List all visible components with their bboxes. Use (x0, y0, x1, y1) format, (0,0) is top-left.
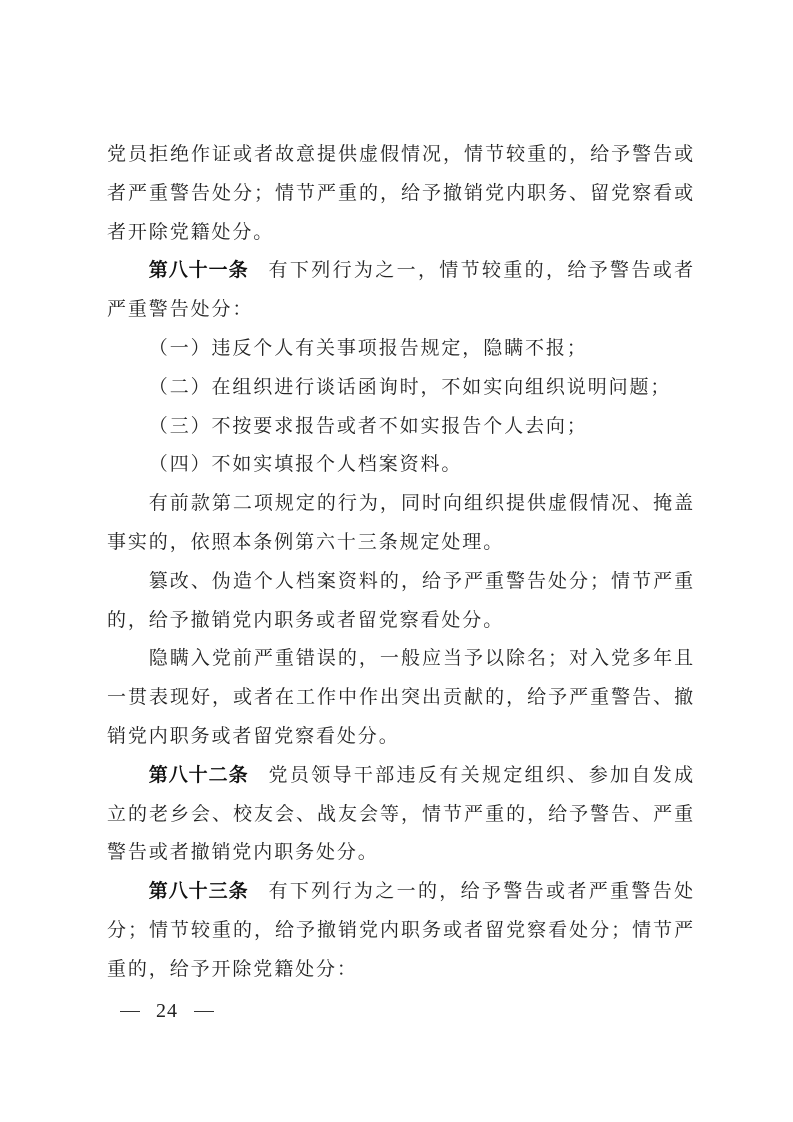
article-83: 第八十三条有下列行为之一的，给予警告或者严重警告处分；情节较重的，给予撤销党内职… (107, 872, 695, 988)
paragraph-forged-records: 篡改、伪造个人档案资料的，给予严重警告处分；情节严重的，给予撤销党内职务或者留党… (107, 562, 695, 640)
list-item-3: （三）不按要求报告或者不如实报告个人去向； (107, 407, 695, 446)
article-label: 第八十二条 (149, 764, 249, 786)
page-number-dash-left (120, 1011, 140, 1012)
paragraph-concealed-errors: 隐瞒入党前严重错误的，一般应当予以除名；对入党多年且一贯表现好，或者在工作中作出… (107, 639, 695, 755)
document-body: 党员拒绝作证或者故意提供虚假情况，情节较重的，给予警告或者严重警告处分；情节严重… (107, 135, 695, 989)
article-label: 第八十三条 (149, 880, 249, 902)
article-82: 第八十二条党员领导干部违反有关规定组织、参加自发成立的老乡会、校友会、战友会等，… (107, 756, 695, 872)
list-item-4: （四）不如实填报个人档案资料。 (107, 445, 695, 484)
page-number: 24 (120, 1000, 214, 1023)
continuation-paragraph: 党员拒绝作证或者故意提供虚假情况，情节较重的，给予警告或者严重警告处分；情节严重… (107, 135, 695, 251)
list-item-1: （一）违反个人有关事项报告规定，隐瞒不报； (107, 329, 695, 368)
article-label: 第八十一条 (149, 259, 249, 281)
list-item-2: （二）在组织进行谈话函询时，不如实向组织说明问题； (107, 368, 695, 407)
paragraph-false-info: 有前款第二项规定的行为，同时向组织提供虚假情况、掩盖事实的，依照本条例第六十三条… (107, 484, 695, 562)
page-number-dash-right (194, 1011, 214, 1012)
page-number-value: 24 (156, 1000, 178, 1023)
article-81: 第八十一条有下列行为之一，情节较重的，给予警告或者严重警告处分： (107, 251, 695, 329)
document-page: 党员拒绝作证或者故意提供虚假情况，情节较重的，给予警告或者严重警告处分；情节严重… (0, 0, 793, 1122)
